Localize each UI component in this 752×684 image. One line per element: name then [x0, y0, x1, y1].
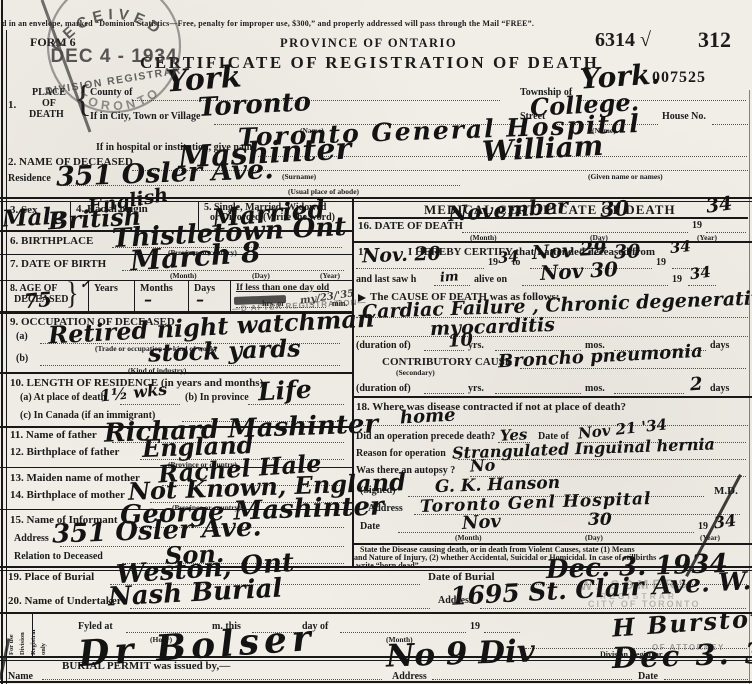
city-value: Toronto [197, 89, 311, 122]
relation-to-deceased-label: Relation to Deceased [14, 552, 103, 563]
physician-date-day-value: 30 [588, 512, 612, 530]
dotted-line [712, 124, 748, 125]
death-certificate-page: d in an envelope, marked “Dominion Stati… [0, 0, 752, 684]
year-19-prefix: 19 [698, 522, 708, 533]
informant-address-label: Address [14, 534, 49, 545]
age-cell-divider [230, 281, 231, 311]
surname-hint: (Surname) [282, 173, 316, 181]
residence-label: Residence [8, 174, 51, 185]
year-19-prefix: 19 [672, 275, 682, 286]
reason-for-operation-label: Reason for operation [356, 449, 446, 460]
age-cell-divider [134, 281, 135, 311]
strip-label-line: Division [18, 613, 28, 655]
dotted-line [432, 679, 632, 680]
stamp-date-text: DEC 4 - 1934 [50, 46, 177, 67]
father-birthplace-label: 12. Birthplace of father [10, 447, 119, 459]
deceased-given-name-value: William [481, 131, 604, 167]
month-hint: (Month) [470, 234, 497, 242]
birthplace-label: 6. BIRTHPLACE [10, 236, 93, 248]
autopsy-value: No [470, 457, 496, 475]
dotted-line [462, 170, 748, 171]
date-of-birth-label: 7. DATE OF BIRTH [10, 259, 106, 271]
date-of-death-month-value: November [447, 195, 568, 225]
last-saw-year-value: 34 [689, 265, 712, 284]
month-hint: (Month) [455, 534, 482, 542]
where-contracted-label: 18. Where was disease contracted if not … [356, 402, 626, 414]
contributory-cause-label: CONTRIBUTORY CAUSE [382, 357, 512, 369]
undertaker-value: Nash Burial [107, 575, 283, 611]
age-months-value: – [144, 292, 152, 309]
dotted-line [434, 285, 470, 286]
brace: } [66, 277, 78, 310]
age-years-value: 75 [23, 289, 53, 312]
dotted-line [340, 632, 466, 633]
year-19-prefix: 19 [656, 258, 666, 269]
dotted-line [484, 632, 520, 633]
duration-label: (duration of) [356, 384, 411, 395]
day-hint: (Day) [585, 534, 603, 542]
house-no-label: House No. [662, 112, 706, 123]
dotted-line [688, 285, 716, 286]
date-of-death-year-value: 34 [705, 194, 734, 217]
contributory-duration-days-value: 2 [689, 376, 703, 396]
attended-to-day-value: 30 [613, 242, 640, 263]
item-1-number: 1. [8, 100, 16, 112]
section-rule [352, 396, 752, 398]
days-label: days [710, 341, 729, 352]
dotted-line [356, 336, 748, 337]
strip-label-line: only [39, 613, 49, 655]
days-label: days [710, 384, 729, 395]
place-of-burial-label: 19. Place of Burial [8, 572, 94, 584]
physician-date-month-value: Nov [462, 513, 502, 534]
secondary-hint: (Secondary) [396, 369, 435, 377]
dotted-line [356, 268, 484, 269]
date-of-death-day-value: 30 [599, 197, 630, 221]
dotted-line [614, 393, 684, 394]
permit-address-value: No 9 Div [385, 635, 535, 673]
day-hint: (Day) [252, 272, 270, 280]
residence-in-province-value: Life [257, 377, 312, 406]
left-border-line [1, 0, 3, 684]
disease-note-line3: write “born dead”. [356, 562, 421, 570]
occupation-b-value: stock yards [148, 335, 301, 365]
at-place-of-death-label: (a) At place of death [20, 393, 106, 404]
age-days-value: – [196, 292, 204, 309]
division-registrar-signature: H Burstow [611, 604, 752, 640]
serial-number-right: 312 [698, 28, 731, 51]
given-name-hint: (Given name or names) [588, 173, 663, 181]
informant-address-value: 351 Osler Ave. [52, 514, 262, 549]
residence-at-death-value: 1½ wks [99, 382, 168, 406]
received-date-stamp: RECEIVED DEC 4 - 1934 DIVISION REGISTRAR… [28, 0, 200, 138]
year-19-prefix: 19 [470, 622, 480, 633]
last-saw-label: and last saw h [356, 275, 416, 286]
where-contracted-value: home [400, 407, 457, 429]
cause-duration-years-value: 10 [447, 331, 473, 352]
check-mark: ✓ [80, 278, 90, 291]
industry-hint: (Kind of industry) [128, 367, 186, 375]
dotted-line [664, 679, 748, 680]
for-use-division-registrar-label: For use Division Registrar only [7, 613, 49, 655]
last-saw-him-insert: im [440, 270, 460, 285]
mother-birthplace-label: 14. Birthplace of mother [10, 490, 125, 502]
strip-label-line: For use [7, 613, 17, 655]
province-heading: PROVINCE OF ONTARIO [280, 37, 457, 50]
year-hint: (Year) [697, 234, 717, 242]
permit-name-label: Name [8, 672, 33, 683]
less-than-one-day-label: If less than one day old [236, 284, 329, 294]
father-name-label: 11. Name of father [10, 430, 97, 442]
duration-label: (duration of) [356, 341, 411, 352]
in-province-label: (b) In province [185, 393, 249, 404]
left-border-inner-line [6, 30, 7, 684]
dotted-line [42, 679, 382, 680]
year-hint: (Year) [320, 272, 340, 280]
strip-label-line: Registrar [29, 613, 39, 655]
occupation-a-label: (a) [16, 332, 28, 343]
dotted-line [120, 404, 180, 405]
attended-from-value: Nov. 20 [362, 245, 441, 268]
permit-date-value: Dec 3. 34 [612, 637, 752, 674]
age-cell-divider [188, 281, 189, 311]
physician-address-value: Toronto Genl Hospital [420, 491, 652, 517]
section-rule [0, 280, 352, 281]
attended-to-year-value: 34 [669, 239, 691, 257]
year-19-prefix: 19 [692, 221, 702, 232]
alive-on-label: alive on [474, 275, 507, 286]
last-saw-alive-value: Nov 30 [540, 259, 619, 284]
physician-date-label: Date [360, 522, 380, 533]
yrs-label: yrs. [468, 384, 484, 395]
dotted-line [522, 285, 668, 286]
year-19-prefix: 19 [488, 258, 498, 269]
serial-number-left: 6314 √ [595, 30, 651, 51]
years-header: Years [94, 284, 118, 295]
occupation-b-label: (b) [16, 354, 28, 365]
attended-from-year-value: 34 [497, 249, 519, 267]
undertaker-label: 20. Name of Undertaker [8, 596, 122, 608]
mother-maiden-name-label: 13. Maiden name of mother [10, 473, 140, 485]
mos-label: mos. [585, 384, 605, 395]
dotted-line [398, 532, 694, 533]
dotted-line [424, 393, 464, 394]
date-of-death-label: 16. DATE OF DEATH [358, 221, 463, 233]
dotted-line [495, 393, 581, 394]
